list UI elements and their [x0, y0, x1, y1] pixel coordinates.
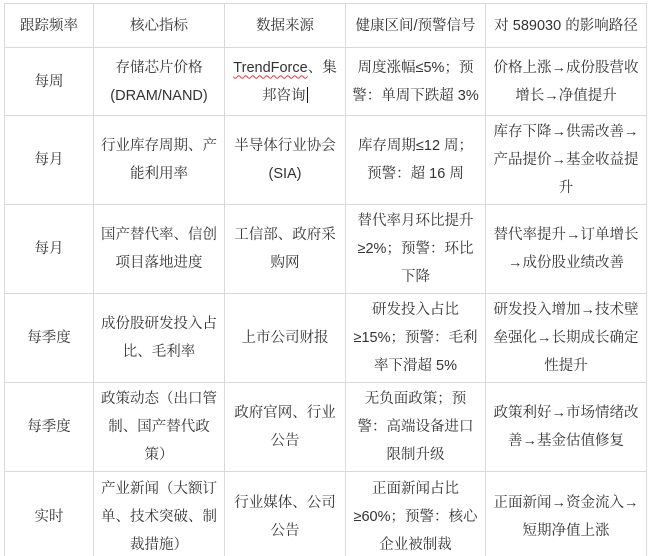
cell-impact[interactable]: 替代率提升→订单增长→成份股业绩改善: [486, 205, 647, 294]
header-cell-impact[interactable]: 对 589030 的影响路径: [486, 4, 647, 48]
table-row: 实时 产业新闻（大额订单、技术突破、制裁措施） 行业媒体、公司公告 正面新闻占比…: [5, 472, 647, 556]
cell-impact[interactable]: 研发投入增加→技术壁垒强化→长期成长确定性提升: [486, 294, 647, 383]
cell-frequency[interactable]: 实时: [5, 472, 94, 556]
header-cell-indicator[interactable]: 核心指标: [94, 4, 225, 48]
header-cell-frequency[interactable]: 跟踪频率: [5, 4, 94, 48]
cell-frequency[interactable]: 每月: [5, 205, 94, 294]
tracking-indicator-table: 跟踪频率 核心指标 数据来源 健康区间/预警信号 对 589030 的影响路径 …: [4, 3, 647, 556]
header-cell-health[interactable]: 健康区间/预警信号: [346, 4, 486, 48]
cell-frequency[interactable]: 每季度: [5, 294, 94, 383]
table-row: 每季度 成份股研发投入占比、毛利率 上市公司财报 研发投入占比≥15%；预警：毛…: [5, 294, 647, 383]
table-row: 每月 国产替代率、信创项目落地进度 工信部、政府采购网 替代率月环比提升≥2%；…: [5, 205, 647, 294]
cell-indicator[interactable]: 行业库存周期、产能利用率: [94, 116, 225, 205]
cell-indicator[interactable]: 国产替代率、信创项目落地进度: [94, 205, 225, 294]
cell-health[interactable]: 库存周期≤12 周；预警：超 16 周: [346, 116, 486, 205]
cell-source[interactable]: 行业媒体、公司公告: [225, 472, 346, 556]
table-row: 每月 行业库存周期、产能利用率 半导体行业协会(SIA) 库存周期≤12 周；预…: [5, 116, 647, 205]
text-cursor: [307, 87, 309, 103]
cell-source[interactable]: 上市公司财报: [225, 294, 346, 383]
cell-indicator[interactable]: 产业新闻（大额订单、技术突破、制裁措施）: [94, 472, 225, 556]
cell-health[interactable]: 无负面政策；预警：高端设备进口限制升级: [346, 383, 486, 472]
misspelled-word: TrendForce: [233, 60, 307, 76]
cell-source[interactable]: TrendForce、集邦咨询: [225, 48, 346, 116]
header-cell-source[interactable]: 数据来源: [225, 4, 346, 48]
table-header-row: 跟踪频率 核心指标 数据来源 健康区间/预警信号 对 589030 的影响路径: [5, 4, 647, 48]
cell-frequency[interactable]: 每季度: [5, 383, 94, 472]
cell-impact[interactable]: 政策利好→市场情绪改善→基金估值修复: [486, 383, 647, 472]
cell-health[interactable]: 研发投入占比≥15%；预警：毛利率下滑超 5%: [346, 294, 486, 383]
cell-source[interactable]: 工信部、政府采购网: [225, 205, 346, 294]
cell-indicator[interactable]: 成份股研发投入占比、毛利率: [94, 294, 225, 383]
cell-source[interactable]: 政府官网、行业公告: [225, 383, 346, 472]
cell-health[interactable]: 替代率月环比提升≥2%；预警：环比下降: [346, 205, 486, 294]
cell-frequency[interactable]: 每月: [5, 116, 94, 205]
table-row: 每季度 政策动态（出口管制、国产替代政策） 政府官网、行业公告 无负面政策；预警…: [5, 383, 647, 472]
cell-frequency[interactable]: 每周: [5, 48, 94, 116]
cell-impact[interactable]: 正面新闻→资金流入→短期净值上涨: [486, 472, 647, 556]
cell-impact[interactable]: 价格上涨→成份股营收增长→净值提升: [486, 48, 647, 116]
table-row: 每周 存储芯片价格(DRAM/NAND) TrendForce、集邦咨询 周度涨…: [5, 48, 647, 116]
cell-indicator[interactable]: 存储芯片价格(DRAM/NAND): [94, 48, 225, 116]
cell-health[interactable]: 周度涨幅≤5%；预警：单周下跌超 3%: [346, 48, 486, 116]
cell-source[interactable]: 半导体行业协会(SIA): [225, 116, 346, 205]
document-page: 跟踪频率 核心指标 数据来源 健康区间/预警信号 对 589030 的影响路径 …: [0, 0, 650, 556]
cell-health[interactable]: 正面新闻占比≥60%；预警：核心企业被制裁: [346, 472, 486, 556]
cell-impact[interactable]: 库存下降→供需改善→产品提价→基金收益提升: [486, 116, 647, 205]
cell-indicator[interactable]: 政策动态（出口管制、国产替代政策）: [94, 383, 225, 472]
